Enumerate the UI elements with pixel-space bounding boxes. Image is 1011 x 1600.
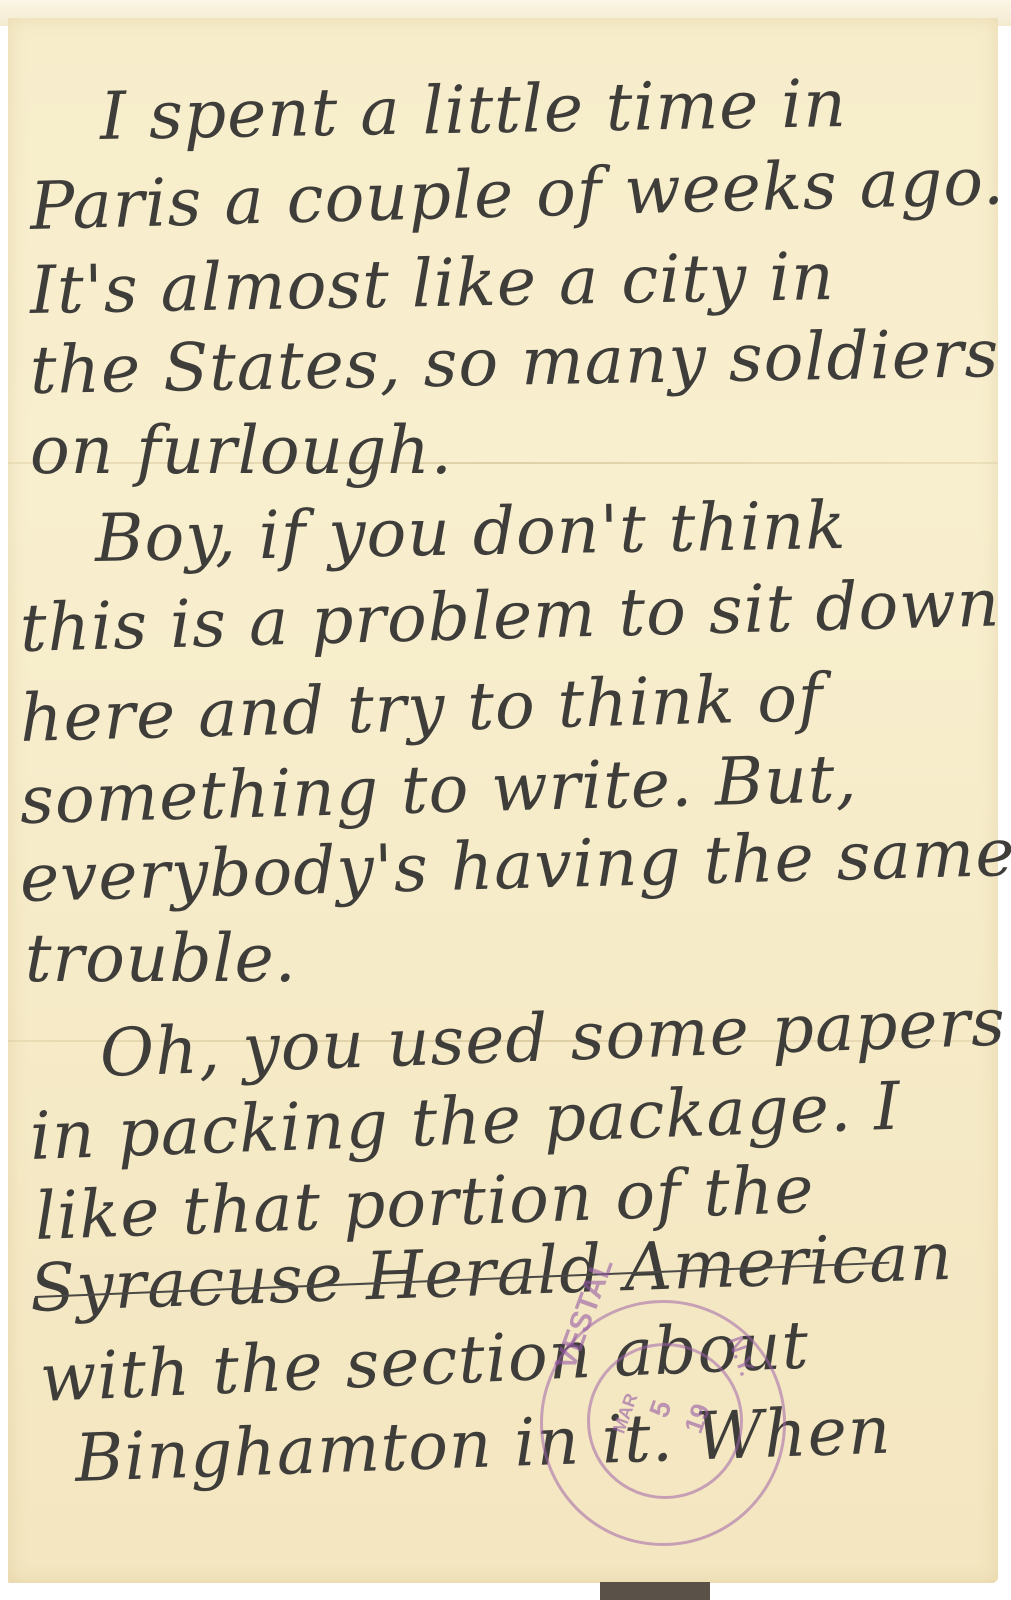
letter-line: trouble. — [25, 920, 297, 997]
handwritten-letter: I spent a little time in Paris a couple … — [0, 0, 1011, 1600]
postmark-stamp: VESTAL N.Y. MAR 5 19 — [540, 1300, 786, 1546]
letter-line: on furlough. — [30, 412, 453, 489]
binder-clip — [600, 1582, 710, 1600]
letter-line: the States, so many soldiers — [29, 315, 1000, 409]
letter-line: Boy, if you don't think — [94, 487, 847, 577]
letter-line: Paris a couple of weeks ago. — [29, 142, 1006, 244]
letter-line: here and try to think of — [19, 659, 824, 757]
letter-line: this is a problem to sit down — [19, 564, 1001, 667]
letter-line: I spent a little time in — [99, 65, 847, 155]
letter-line: It's almost like a city in — [29, 238, 835, 329]
